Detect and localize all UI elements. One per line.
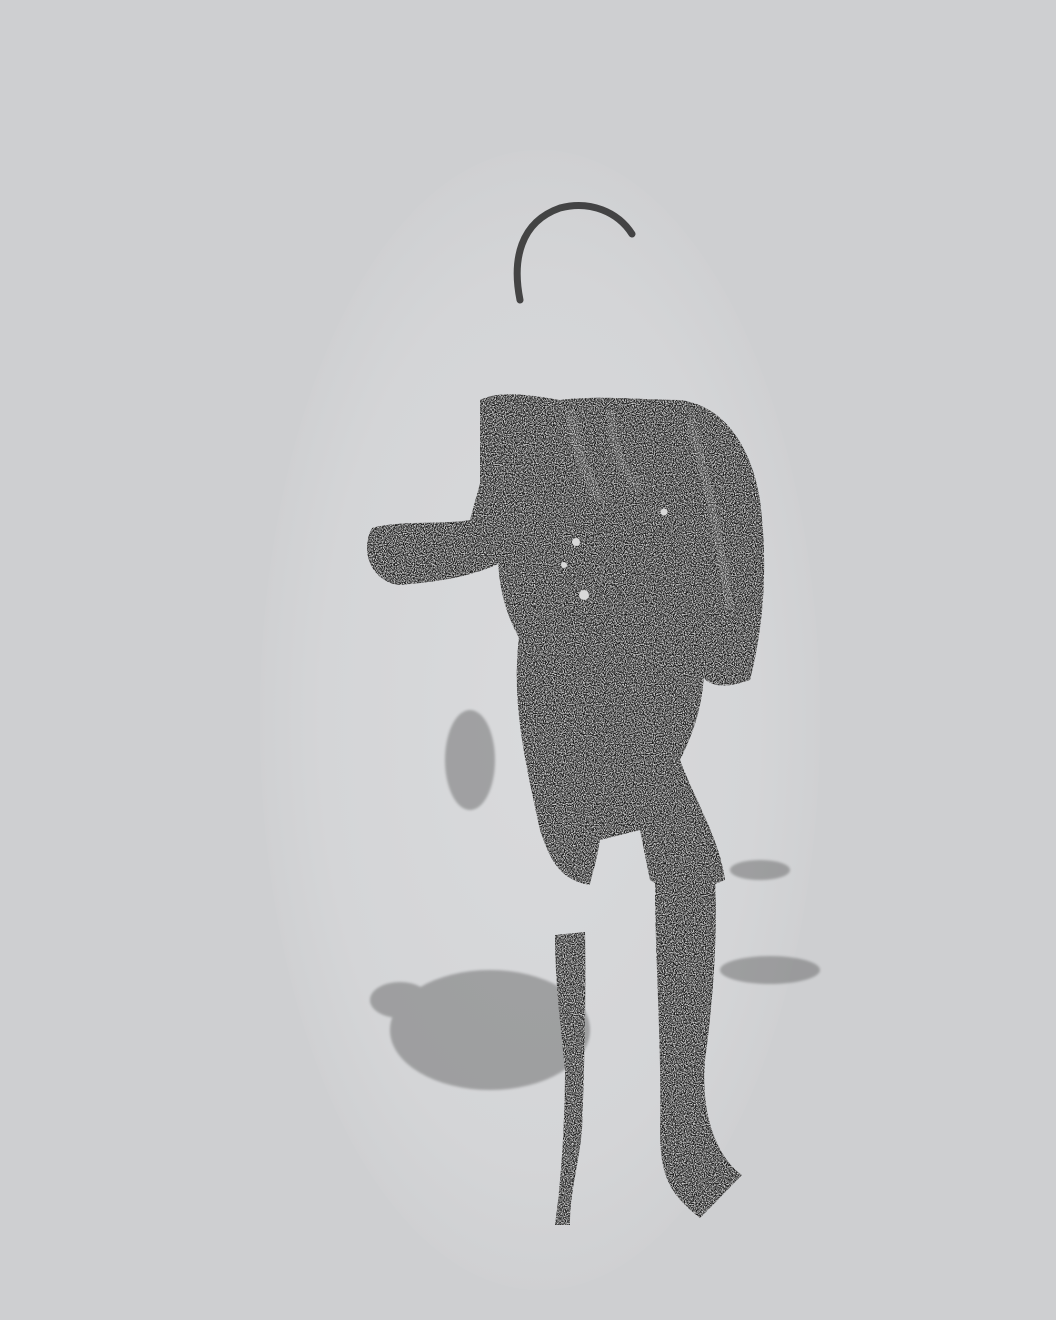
vintage-photograph: [0, 0, 1056, 1320]
hair-outline: [517, 206, 632, 300]
figure-illustration: [0, 0, 1056, 1320]
figure-body: [367, 394, 764, 1225]
